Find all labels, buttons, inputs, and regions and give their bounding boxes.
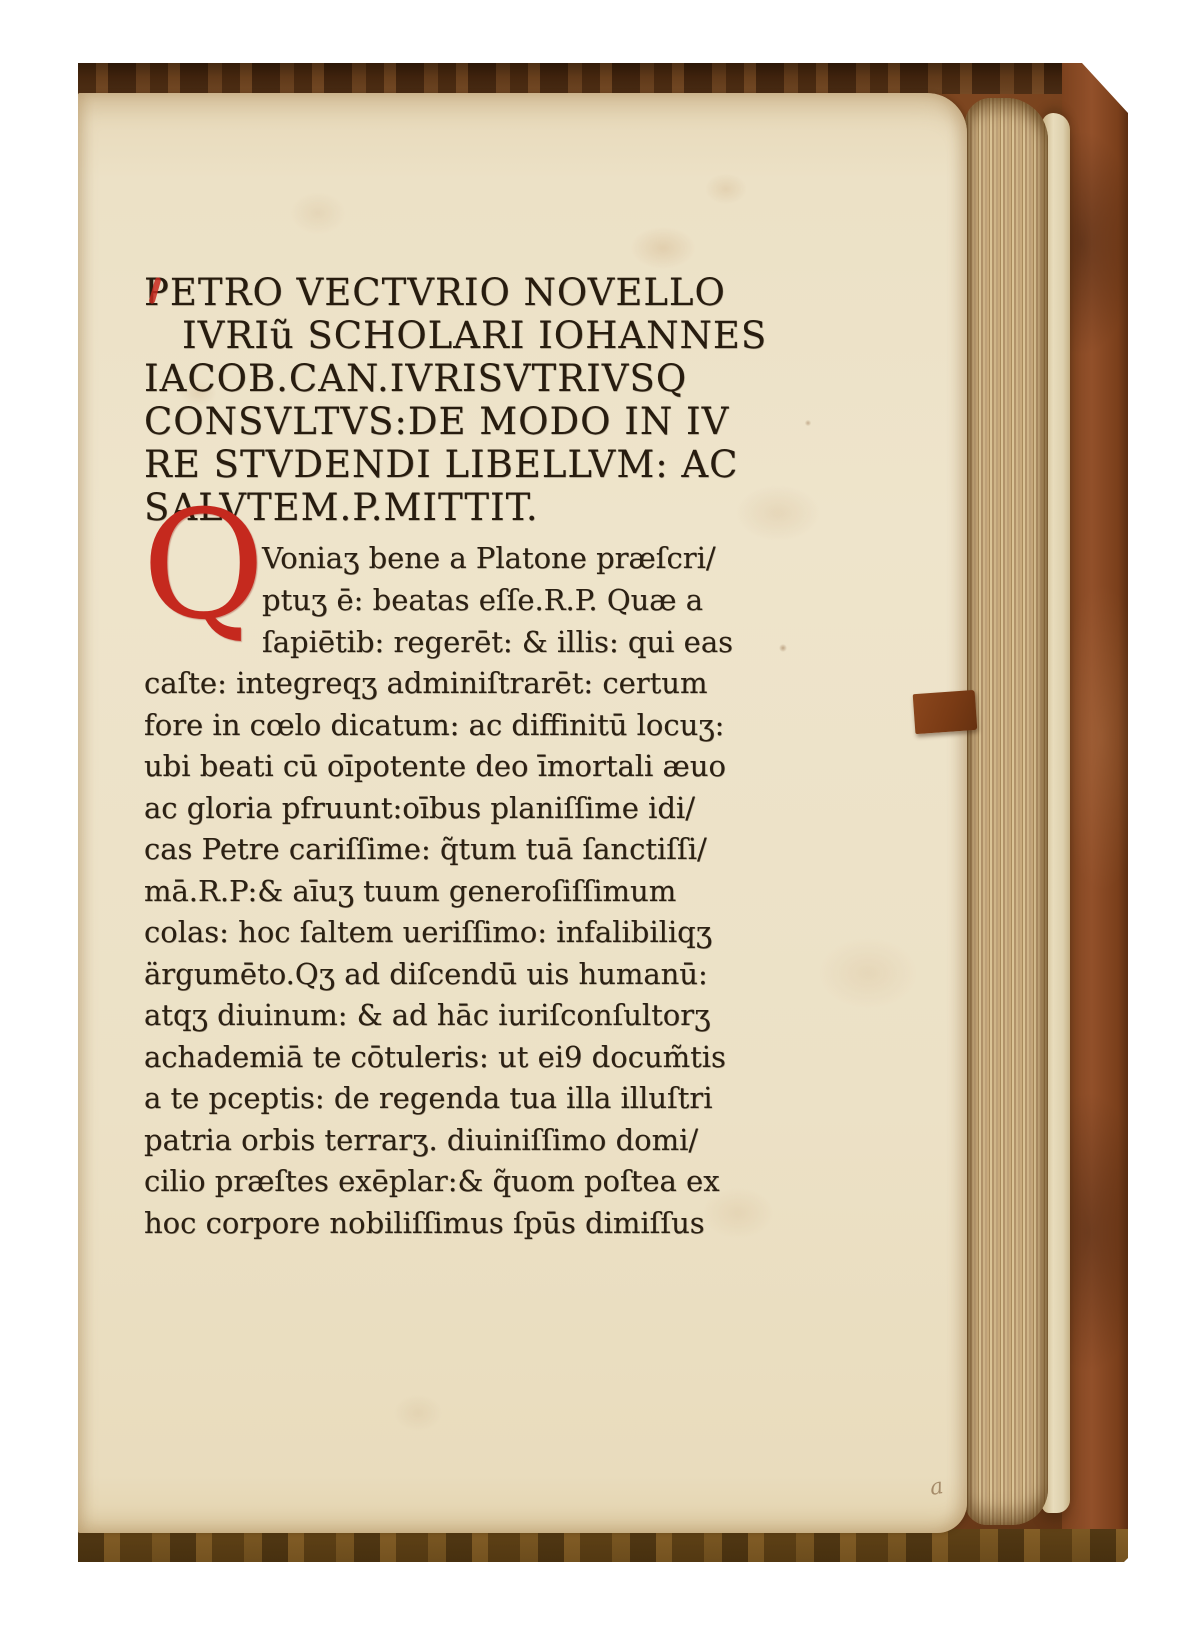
body-line-11: patria orbis terrarʒ. diuiniſſimo domi/: [144, 1120, 726, 1162]
body-line-2: ubi beati cū oīpotente deo īmortali æuo: [144, 746, 726, 788]
photo-canvas: PETRO VECTVRIO NOVELLOIVRIũ SCHOLARI IOH…: [0, 0, 1200, 1646]
body-line-13: hoc corpore nobiliſſimus ſpūs dimiſſus: [144, 1203, 726, 1245]
body-line-9: achademiā te cōtuleris: ut ei9 docum̃tis: [144, 1037, 726, 1079]
leather-top-edge: [78, 63, 1128, 94]
heading-line-2: IACOB.CAN.IVRISVTRIVSQ: [144, 357, 767, 400]
corner-ink-mark: a: [928, 1474, 945, 1501]
leather-right-board: [1062, 63, 1128, 1562]
body-indent-line-1: ptuʒ ē: beatas eſſe.R.P. Quæ a: [262, 579, 733, 621]
body-line-6: colas: hoc ſaltem ueriſſimo: infalibiliq…: [144, 912, 726, 954]
body-line-7: ärgumēto.Qʒ ad diſcendū uis humanū:: [144, 954, 726, 996]
body-indent-line-0: Voniaʒ bene a Platone præſcri/: [262, 537, 733, 579]
heading-line-1: IVRIũ SCHOLARI IOHANNES: [144, 314, 767, 357]
body-line-5: mā.R.P:& aīuʒ tuum generoſiſſimum: [144, 871, 726, 913]
heading-line-3: CONSVLTVS:DE MODO IN IV: [144, 400, 767, 443]
body-indent-line-2: ſapiētib: regerēt: & illis: qui eas: [262, 621, 733, 663]
body-line-1: fore in cœlo dicatum: ac diffinitū locuʒ…: [144, 705, 726, 747]
body-line-3: ac gloria pfruunt:oībus planiſſime idi/: [144, 788, 726, 830]
leather-bottom-edge: [78, 1529, 1128, 1562]
bookmark-tab: [913, 690, 978, 734]
body-text-block: caſte: integreqʒ adminiſtrarēt: certumfo…: [144, 663, 726, 1244]
body-line-10: a te pceptis: de regenda tua illa illuſt…: [144, 1078, 726, 1120]
heading-line-0: PETRO VECTVRIO NOVELLO: [144, 271, 767, 314]
book-page: PETRO VECTVRIO NOVELLOIVRIũ SCHOLARI IOH…: [78, 93, 967, 1533]
body-text-beside-initial: Voniaʒ bene a Platone præſcri/ptuʒ ē: be…: [262, 537, 733, 663]
body-line-12: cilio præſtes exēplar:& q̃uom poſtea ex: [144, 1161, 726, 1203]
red-initial-q: Q: [142, 491, 265, 641]
page-block-fore-edge: [965, 98, 1048, 1525]
body-line-4: cas Petre cariſſime: q̃tum tuā ſanctiſſi…: [144, 829, 726, 871]
body-line-8: atqʒ diuinum: & ad hāc iuriſconſultorʒ: [144, 995, 726, 1037]
book-cover: PETRO VECTVRIO NOVELLOIVRIũ SCHOLARI IOH…: [78, 63, 1128, 1562]
body-line-0: caſte: integreqʒ adminiſtrarēt: certum: [144, 663, 726, 705]
